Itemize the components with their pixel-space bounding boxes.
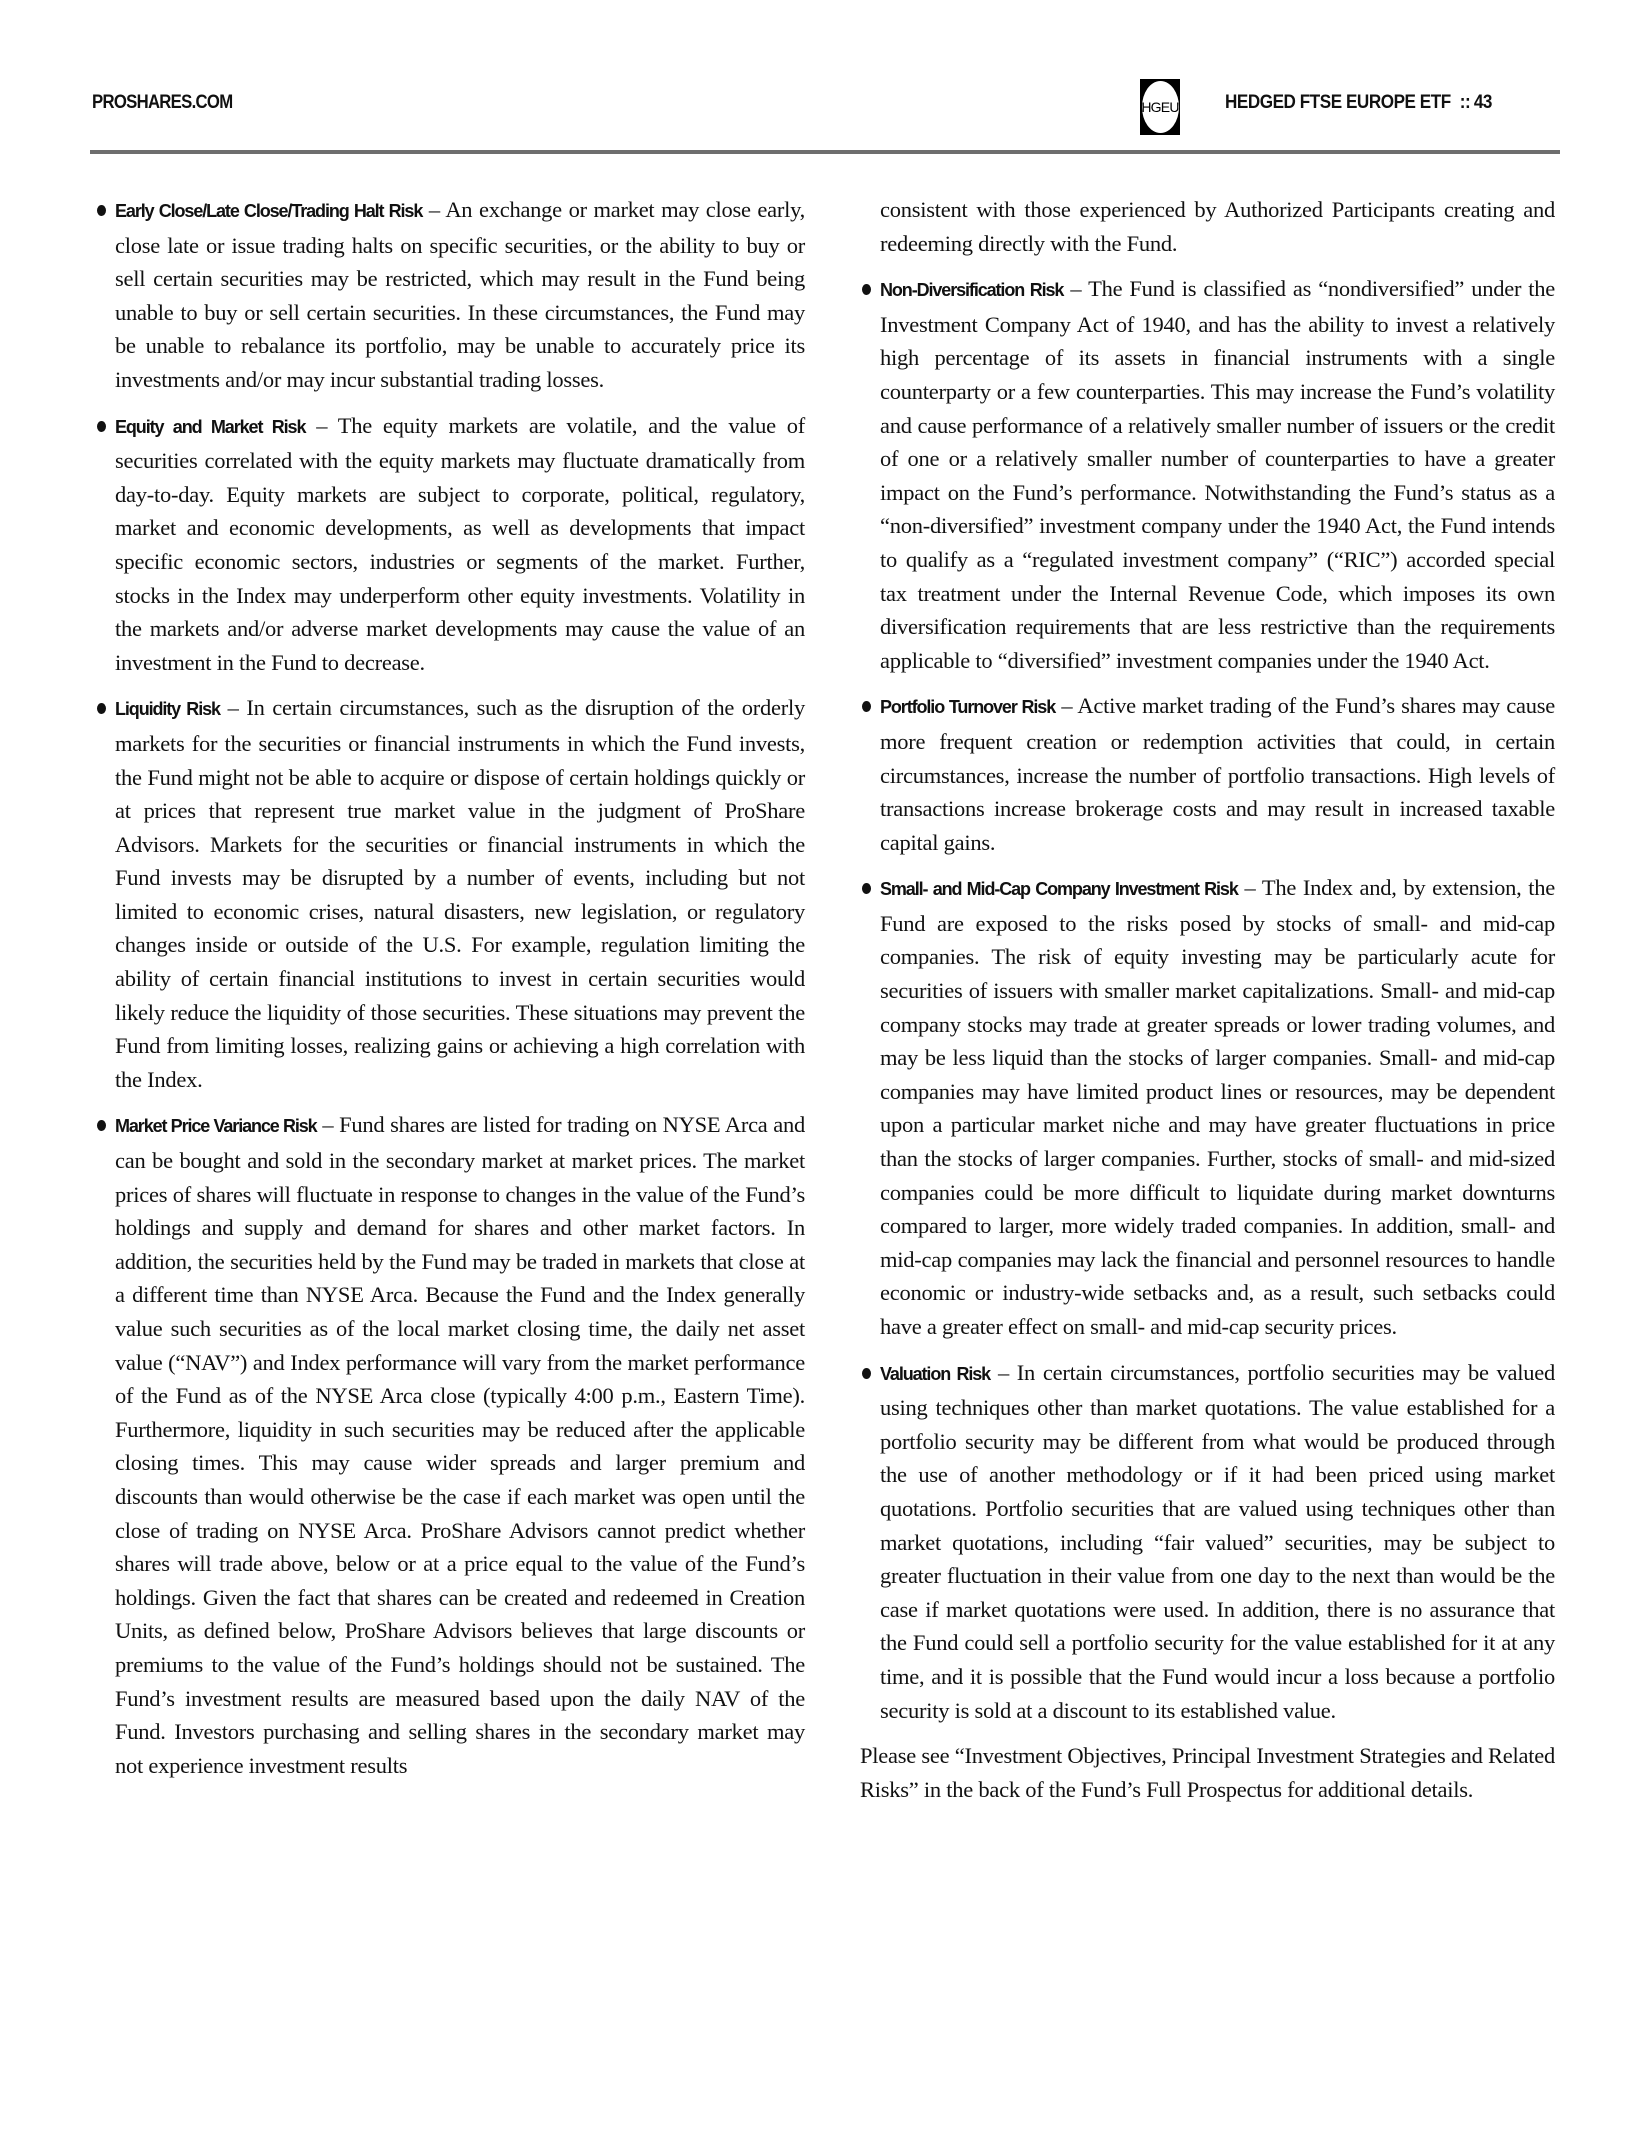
risk-term: Valuation Risk [880,1364,990,1384]
risk-term: Non-Diversification Risk [880,280,1063,300]
risk-term: Portfolio Turnover Risk [880,697,1055,717]
risk-item-liquidity: Liquidity Risk – In certain circumstance… [115,691,805,1096]
risk-item-valuation: Valuation Risk – In certain circumstance… [880,1356,1555,1728]
risk-term: Small- and Mid-Cap Company Investment Ri… [880,879,1238,899]
risk-dash: – [1238,875,1262,900]
fund-name: HEDGED FTSE EUROPE ETF [1225,92,1451,113]
risk-term: Market Price Variance Risk [115,1116,317,1136]
closing-note: Please see “Investment Objectives, Princ… [860,1739,1555,1806]
header-separator: :: [1460,92,1470,113]
risk-dash: – [990,1360,1017,1385]
risk-item-small-mid-cap: Small- and Mid-Cap Company Investment Ri… [880,871,1555,1343]
risk-item-equity-market: Equity and Market Risk – The equity mark… [115,409,805,680]
risk-item-portfolio-turnover: Portfolio Turnover Risk – Active market … [880,689,1555,859]
bullet-icon [862,284,871,295]
ticker-badge: HGEU [1140,79,1180,135]
bullet-icon [97,703,106,714]
running-header: HEDGED FTSE EUROPE ETF::43 [1225,92,1492,114]
bullet-icon [862,701,871,712]
risk-item-non-diversification: Non-Diversification Risk – The Fund is c… [880,272,1555,677]
continued-text: consistent with those experienced by Aut… [880,193,1555,260]
risk-text: Fund shares are listed for trading on NY… [115,1112,805,1777]
risk-dash: – [1063,276,1088,301]
risk-dash: – [220,695,246,720]
risk-term: Equity and Market Risk [115,417,305,437]
risk-text: Active market trading of the Fund’s shar… [880,693,1555,854]
risk-text: The equity markets are volatile, and the… [115,413,805,675]
site-name: PROSHARES.COM [92,92,232,114]
risk-term: Early Close/Late Close/Trading Halt Risk [115,201,422,221]
ticker-badge-label: HGEU [1142,81,1179,133]
risk-term: Liquidity Risk [115,699,220,719]
header-divider [90,150,1560,154]
right-column: consistent with those experienced by Aut… [880,193,1555,1806]
bullet-icon [862,883,871,894]
risk-item-market-price-variance: Market Price Variance Risk – Fund shares… [115,1108,805,1782]
bullet-icon [97,421,106,432]
risk-text: An exchange or market may close early, c… [115,197,805,392]
risk-dash: – [317,1112,339,1137]
bullet-icon [97,205,106,216]
risk-dash: – [422,197,445,222]
continuation-paragraph: consistent with those experienced by Aut… [880,193,1555,260]
risk-text: The Index and, by extension, the Fund ar… [880,875,1555,1339]
risk-text: In certain circumstances, portfolio secu… [880,1360,1555,1723]
risk-text: In certain circumstances, such as the di… [115,695,805,1092]
left-column: Early Close/Late Close/Trading Halt Risk… [115,193,805,1794]
bullet-icon [862,1368,871,1379]
risk-dash: – [305,413,337,438]
risk-text: The Fund is classified as “nondiversifie… [880,276,1555,673]
page-number: 43 [1474,92,1492,113]
risk-item-early-close: Early Close/Late Close/Trading Halt Risk… [115,193,805,397]
risk-dash: – [1055,693,1077,718]
bullet-icon [97,1120,106,1131]
